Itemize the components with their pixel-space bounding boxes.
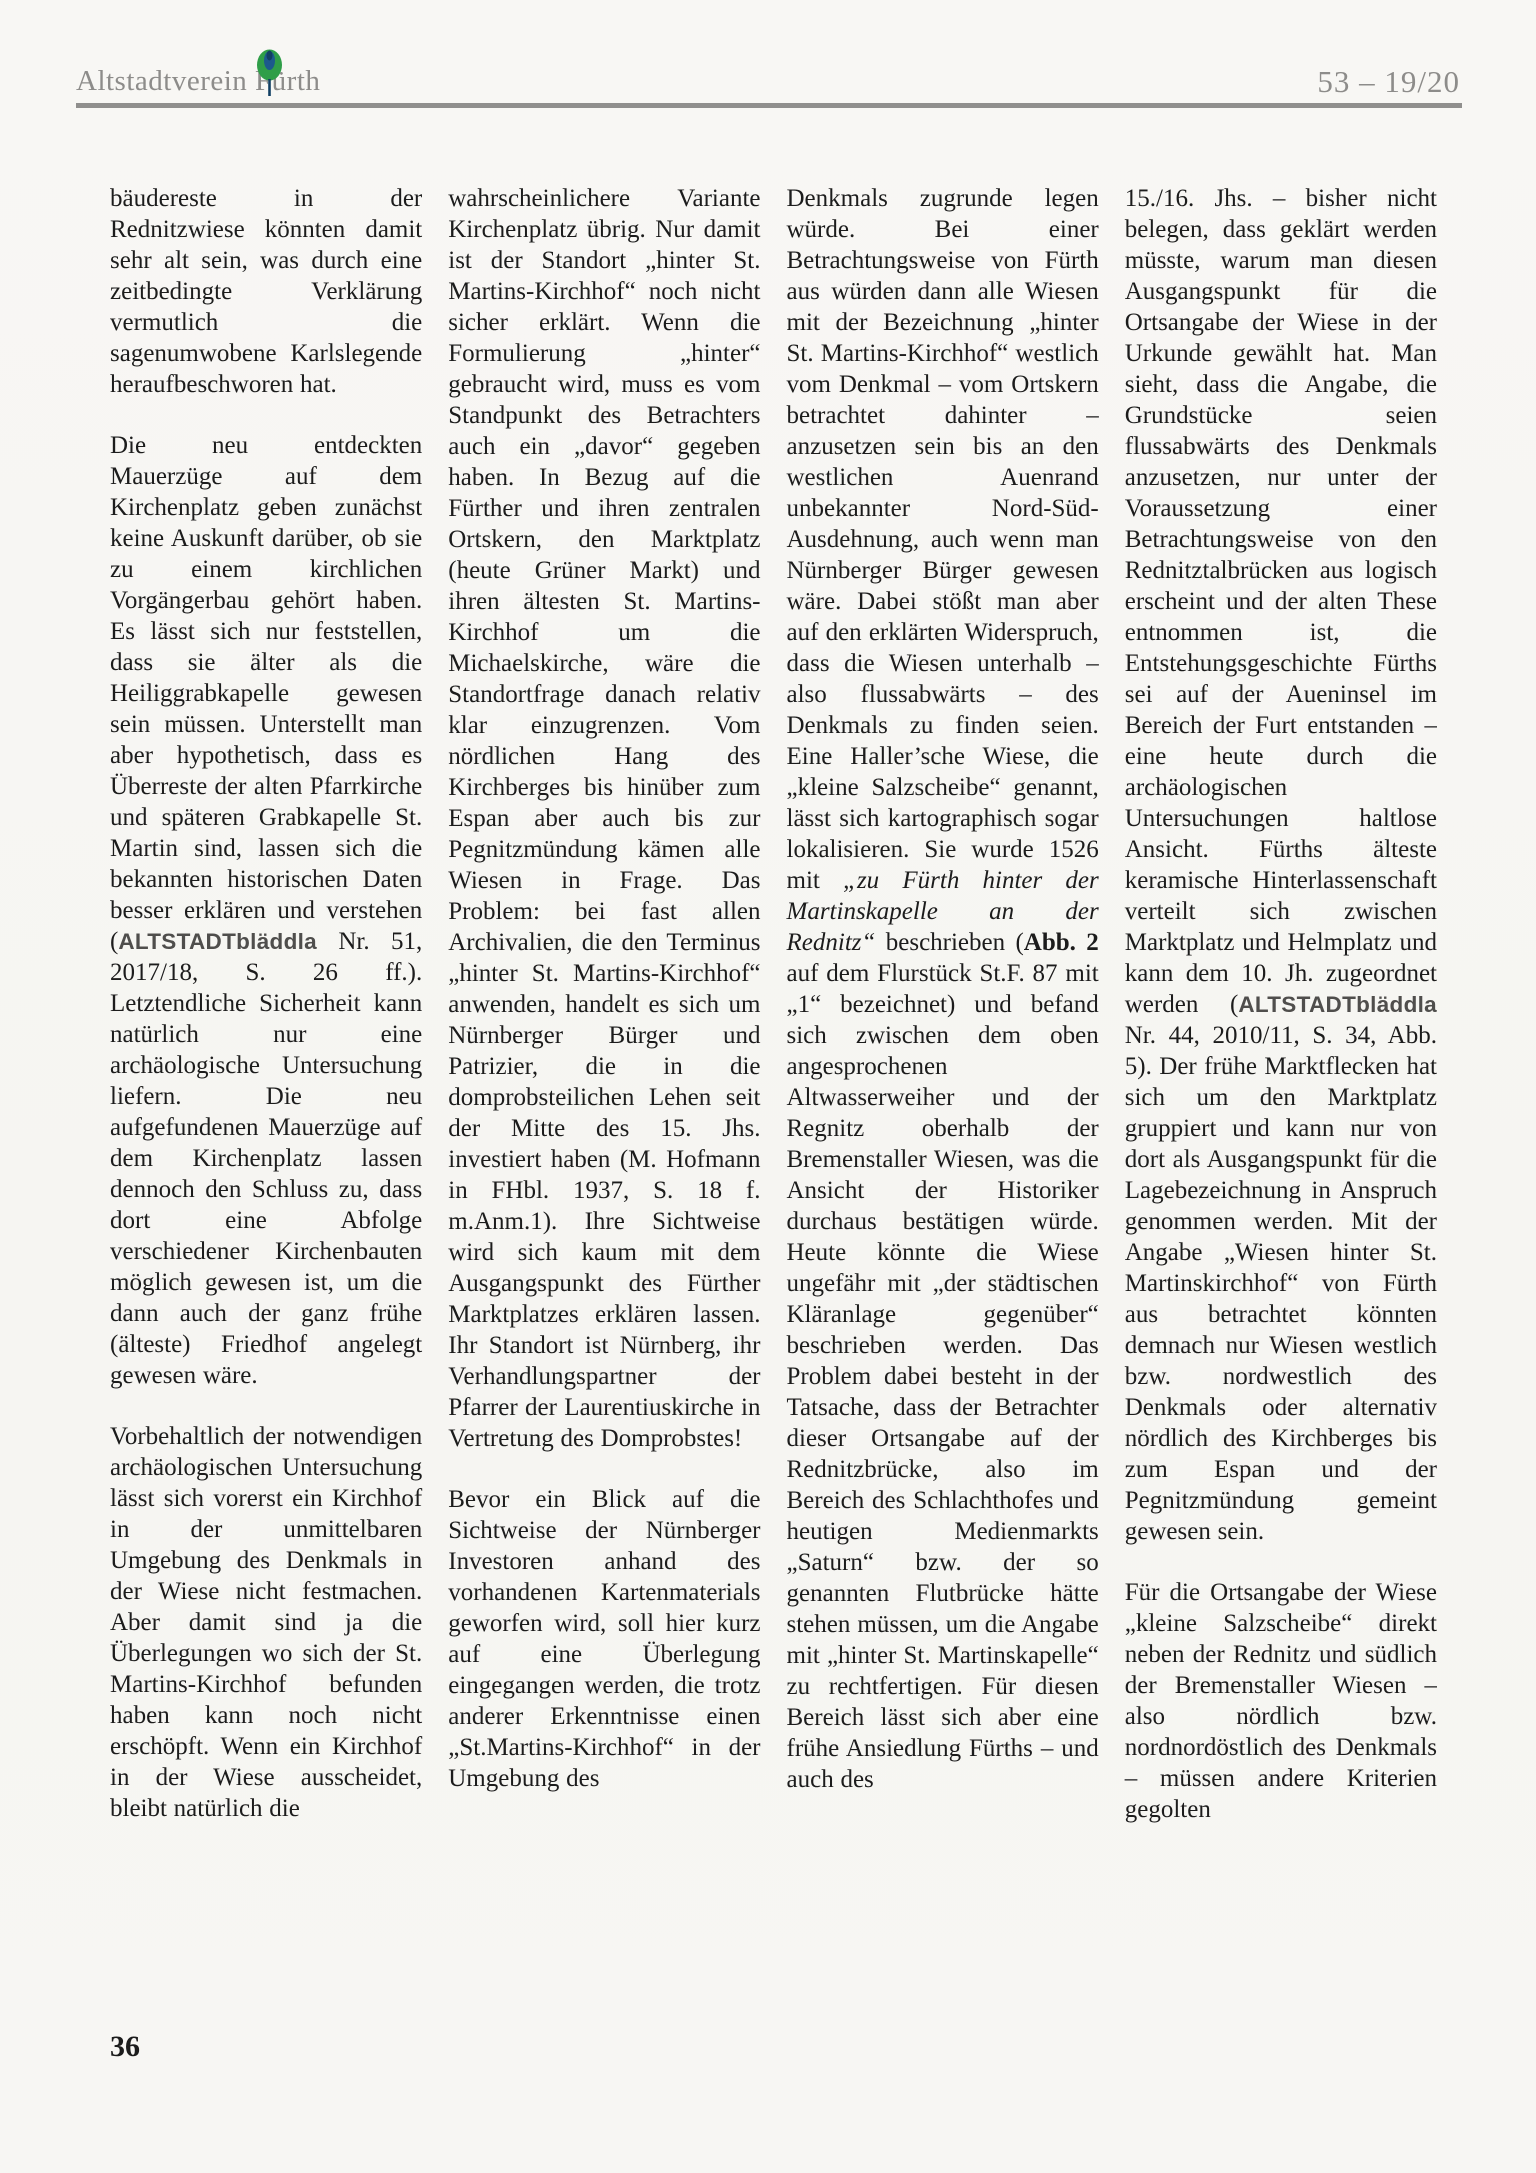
magazine-page: Altstadtverein Fürth 53 – 19/20 bäuderes… bbox=[0, 0, 1536, 2173]
inline-text: Vorbehaltlich der notwendigen archäologi… bbox=[110, 1423, 422, 1822]
page-number: 36 bbox=[110, 2030, 140, 2064]
inline-text: Bevor ein Blick auf die Sichtweise der N… bbox=[448, 1486, 760, 1792]
inline-text: Die neu entdeckten Mauerzüge auf dem Kir… bbox=[110, 432, 422, 955]
article-columns: bäudereste in der Rednitzwiese könnten d… bbox=[110, 183, 1437, 1998]
paragraph: bäudereste in der Rednitzwiese könnten d… bbox=[110, 183, 422, 400]
inline-bold-text: Abb. 2 bbox=[1024, 929, 1099, 956]
inline-brand-reference: ALTSTADTbläddla bbox=[118, 929, 317, 954]
inline-text: 15./16. Jhs. – bisher nicht belegen, das… bbox=[1125, 185, 1437, 1018]
inline-text: Für die Ortsangabe der Wiese „kleine Sal… bbox=[1125, 1579, 1437, 1823]
text-column-4: 15./16. Jhs. – bisher nicht belegen, das… bbox=[1125, 183, 1437, 1998]
paragraph: Für die Ortsangabe der Wiese „kleine Sal… bbox=[1125, 1577, 1437, 1825]
text-column-3: Denkmals zugrunde legen würde. Bei einer… bbox=[787, 183, 1099, 1998]
paragraph: Denkmals zugrunde legen würde. Bei einer… bbox=[787, 183, 1099, 1795]
header-brand-title: Altstadtverein Fürth bbox=[76, 65, 320, 98]
page-header: Altstadtverein Fürth 53 – 19/20 bbox=[76, 0, 1460, 108]
paragraph: Die neu entdeckten Mauerzüge auf dem Kir… bbox=[110, 430, 422, 1391]
inline-text: beschrieben ( bbox=[875, 929, 1023, 956]
paragraph: Bevor ein Blick auf die Sichtweise der N… bbox=[448, 1484, 760, 1794]
header-divider bbox=[76, 103, 1462, 108]
paragraph: Vorbehaltlich der notwendigen archäologi… bbox=[110, 1421, 422, 1824]
inline-text: Nr. 51, 2017/18, S. 26 ff.). Letztendlic… bbox=[110, 928, 422, 1389]
header-issue-number: 53 – 19/20 bbox=[1317, 64, 1460, 100]
inline-text: Nr. 44, 2010/11, S. 34, Abb. 5). Der frü… bbox=[1125, 1022, 1437, 1545]
tree-logo-icon bbox=[256, 49, 283, 102]
inline-text: wahrscheinlichere Variante Kirchenplatz … bbox=[448, 185, 760, 1452]
paragraph: 15./16. Jhs. – bisher nicht belegen, das… bbox=[1125, 183, 1437, 1547]
paragraph: wahrscheinlichere Variante Kirchenplatz … bbox=[448, 183, 760, 1454]
inline-text: bäudereste in der Rednitzwiese könnten d… bbox=[110, 185, 422, 398]
text-column-2: wahrscheinlichere Variante Kirchenplatz … bbox=[448, 183, 760, 1998]
inline-brand-reference: ALTSTADTbläddla bbox=[1238, 992, 1437, 1017]
inline-text: auf dem Flurstück St.F. 87 mit „1“ bezei… bbox=[787, 960, 1099, 1793]
text-column-1: bäudereste in der Rednitzwiese könnten d… bbox=[110, 183, 422, 1998]
inline-text: Denkmals zugrunde legen würde. Bei einer… bbox=[787, 185, 1099, 894]
